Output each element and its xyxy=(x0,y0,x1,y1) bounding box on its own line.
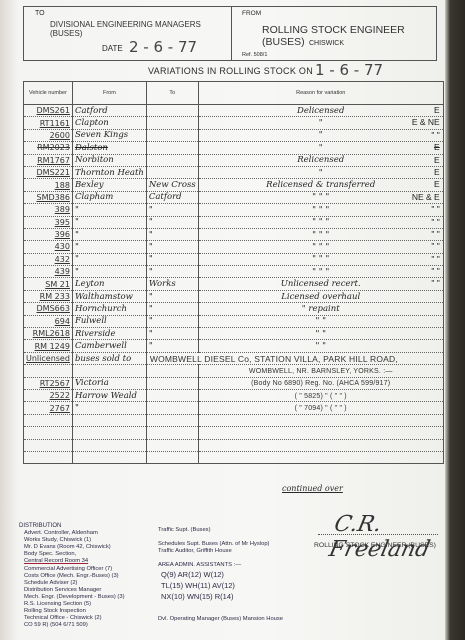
vehicle-number xyxy=(24,365,73,377)
reason-text: " xyxy=(201,168,441,178)
table-row: RML2618Riverside"" " xyxy=(24,328,444,340)
table-row xyxy=(24,439,444,451)
reason-cell: "" " xyxy=(198,129,443,141)
from-garage: Norbiton xyxy=(72,154,146,166)
distribution-item: Mr. D Evans (Room 42, Chiswick) xyxy=(19,544,125,551)
division-mark: " " xyxy=(431,278,439,288)
reason-cell: RelicensedE xyxy=(198,154,443,166)
reason-text: " " " xyxy=(201,254,441,264)
to-garage: " xyxy=(146,204,198,216)
to-garage xyxy=(146,439,198,451)
to-garage xyxy=(146,154,198,166)
from-garage: Victoria xyxy=(72,377,146,389)
reason-cell: " " xyxy=(198,340,443,352)
table-row: 430""" " "" " xyxy=(24,241,444,253)
reason-text: " " " xyxy=(201,217,441,227)
reason-cell: "E xyxy=(198,166,443,178)
division-mark: E xyxy=(434,155,440,165)
vehicle-number: 188 xyxy=(24,179,73,191)
table-row xyxy=(24,451,444,463)
page-title: VARIATIONS IN ROLLING STOCK ON xyxy=(148,66,313,76)
vehicle-number: 439 xyxy=(24,266,73,278)
vehicle-number: DMS221 xyxy=(24,166,73,178)
distribution-item: R.S. Licensing Section (5) xyxy=(19,601,125,608)
division-mark: " " xyxy=(431,217,439,227)
to-garage xyxy=(146,129,198,141)
division-mark: " " xyxy=(431,254,439,264)
to-garage: " xyxy=(146,340,198,352)
reason-cell: " " "NE & E xyxy=(198,191,443,203)
reason-cell xyxy=(198,414,443,426)
from-garage: Hornchurch xyxy=(72,303,146,315)
distribution-heading: DISTRIBUTION xyxy=(19,523,125,530)
reason-cell: (Body No 6890) Reg. No. (AHCA 599/917) xyxy=(198,377,443,389)
document-page: TO DIVISIONAL ENGINEERING MANAGERS (BUSE… xyxy=(0,0,445,640)
continued-note: continued over xyxy=(282,484,343,493)
table-row: 2600Seven Kings"" " xyxy=(24,129,444,141)
to-garage: " xyxy=(146,216,198,228)
distribution-item xyxy=(158,602,283,609)
vehicle-number: RM2023 xyxy=(24,142,73,154)
table-row: 2767"( " 7094) " ( " " ) xyxy=(24,402,444,414)
reason-text: Relicensed & transferred xyxy=(201,180,441,190)
table-row: 188BexleyNew CrossRelicensed & transferr… xyxy=(24,179,444,191)
distribution-item: Works Study, Chiswick (1) xyxy=(19,537,125,544)
distribution-item xyxy=(158,534,283,541)
table-header-row: Vehicle number From To Reason for variat… xyxy=(24,82,444,105)
distribution-item xyxy=(158,555,283,562)
table-row: 2522Harrow Weald( " 5825) " ( " " ) xyxy=(24,389,444,401)
reason-cell: " " "" " xyxy=(198,253,443,265)
reason-cell: " " xyxy=(198,328,443,340)
from-garage: " xyxy=(72,204,146,216)
from-garage xyxy=(72,439,146,451)
distribution-item: CO 59 R) (504 6/71 509) xyxy=(19,622,125,629)
distribution-item: Traffic Auditor, Griffith House xyxy=(158,548,283,555)
to-garage xyxy=(146,166,198,178)
to-garage: " xyxy=(146,253,198,265)
reason-cell: " repaint xyxy=(198,303,443,315)
distribution-item: Traffic Supt. (Buses) xyxy=(158,527,283,534)
from-garage: Camberwell xyxy=(72,340,146,352)
date-value: 2 - 6 - 77 xyxy=(129,38,197,56)
vehicle-number: 389 xyxy=(24,204,73,216)
division-mark: E xyxy=(434,142,440,152)
division-mark: " " xyxy=(431,204,439,214)
vehicle-number: RM 1249 xyxy=(24,340,73,352)
division-mark: " " xyxy=(431,130,439,140)
reason-cell xyxy=(198,451,443,463)
to-garage: Works xyxy=(146,278,198,290)
from-garage: buses sold to xyxy=(72,352,146,364)
vehicle-number: 2600 xyxy=(24,129,73,141)
title-date: 1 - 6 - 77 xyxy=(315,61,383,79)
to-garage: " xyxy=(146,241,198,253)
to-section: TO DIVISIONAL ENGINEERING MANAGERS (BUSE… xyxy=(24,7,232,60)
division-mark: E xyxy=(434,167,440,177)
reason-text: " " xyxy=(201,329,441,339)
table-row: DMS261CatfordDelicensedE xyxy=(24,105,444,117)
reason-text: " xyxy=(201,118,441,128)
from-garage: Thornton Heath xyxy=(72,166,146,178)
vehicle-number: RM 233 xyxy=(24,290,73,302)
reason-text: WOMBWELL, NR. BARNSLEY, YORKS. :— xyxy=(201,368,441,375)
reason-text: " " " xyxy=(201,205,441,215)
table-row: WOMBWELL, NR. BARNSLEY, YORKS. :— xyxy=(24,365,444,377)
distribution-item: Technical Office - Chiswick (2) xyxy=(19,615,125,622)
table-row: RT2567Victoria(Body No 6890) Reg. No. (A… xyxy=(24,377,444,389)
from-garage: Bexley xyxy=(72,179,146,191)
to-garage: " xyxy=(146,266,198,278)
vehicle-number xyxy=(24,439,73,451)
to-garage xyxy=(146,402,198,414)
distribution-item: NX(10) WN(15) R(14) xyxy=(158,591,283,602)
reason-cell: " " "" " xyxy=(198,204,443,216)
distribution-item: Rolling Stock Inspection xyxy=(19,608,125,615)
to-garage: " xyxy=(146,228,198,240)
from-garage xyxy=(72,427,146,439)
vehicle-number: Unlicensed xyxy=(24,352,73,364)
reason-text: " repaint xyxy=(201,304,441,314)
from-garage xyxy=(72,414,146,426)
reason-cell: " " "" " xyxy=(198,216,443,228)
vehicle-number: RT2567 xyxy=(24,377,73,389)
reason-cell: DelicensedE xyxy=(198,105,443,117)
from-garage: Harrow Weald xyxy=(72,389,146,401)
from-section: FROM ROLLING STOCK ENGINEER (BUSES) CHIS… xyxy=(232,7,436,60)
from-garage: Fulwell xyxy=(72,315,146,327)
division-mark: NE & E xyxy=(412,192,440,202)
from-garage: Clapham xyxy=(72,191,146,203)
distribution-item: Mech. Engr. (Development - Buses) (3) xyxy=(19,594,125,601)
from-value: ROLLING STOCK ENGINEER (BUSES) xyxy=(262,24,436,48)
distribution-item xyxy=(158,609,283,616)
table-row: SMD386ClaphamCatford" " "NE & E xyxy=(24,191,444,203)
from-garage: Leyton xyxy=(72,278,146,290)
reason-text: Unlicensed recert. xyxy=(201,279,441,289)
vehicle-number: 395 xyxy=(24,216,73,228)
distribution-item: TL(15) WH(11) AV(12) xyxy=(158,580,283,591)
distribution-item: Schedules Supt. Buses (Attn. of Mr Hyslo… xyxy=(158,541,283,548)
division-mark: " " xyxy=(431,229,439,239)
vehicle-number: 396 xyxy=(24,228,73,240)
to-garage xyxy=(146,389,198,401)
reason-text: Relicensed xyxy=(201,155,441,165)
reason-text: " " " xyxy=(201,230,441,240)
table-row: 396""" " "" " xyxy=(24,228,444,240)
reason-text: ( " 5825) " ( " " ) xyxy=(201,393,441,400)
to-garage: " xyxy=(146,303,198,315)
table-row xyxy=(24,427,444,439)
table-row: RM1767NorbitonRelicensedE xyxy=(24,154,444,166)
to-garage: " xyxy=(146,290,198,302)
reason-cell xyxy=(198,439,443,451)
header-reason: Reason for variation xyxy=(198,82,443,105)
from-garage: " xyxy=(72,228,146,240)
table-row xyxy=(24,414,444,426)
signature-line xyxy=(318,534,438,535)
from-location: CHISWICK xyxy=(309,40,344,47)
vehicle-number: RML2618 xyxy=(24,328,73,340)
reason-text: (Body No 6890) Reg. No. (AHCA 599/917) xyxy=(201,380,441,387)
division-mark: E & NE xyxy=(412,117,440,127)
table-row: 389""" " "" " xyxy=(24,204,444,216)
vehicle-number xyxy=(24,414,73,426)
distribution-item: Costs Office (Mech. Engr.-Buses) (3) xyxy=(19,573,125,580)
sold-to-address: WOMBWELL DIESEL Co, STATION VILLA, PARK … xyxy=(146,352,443,364)
header-from: From xyxy=(72,82,146,105)
to-garage: New Cross xyxy=(146,179,198,191)
table-row: Unlicensedbuses sold toWOMBWELL DIESEL C… xyxy=(24,352,444,364)
distribution-item: Distribution Services Manager xyxy=(19,587,125,594)
reason-cell: "E & NE xyxy=(198,117,443,129)
date-label: DATE xyxy=(102,44,123,53)
vehicle-number xyxy=(24,451,73,463)
division-mark: E xyxy=(434,105,440,115)
distribution-list: DISTRIBUTION Advert. Controller, Aldenha… xyxy=(19,523,125,629)
distribution-item: Advert. Controller, Aldenham xyxy=(19,530,125,537)
variations-table: Vehicle number From To Reason for variat… xyxy=(23,81,444,464)
signature: C.R. Freeland xyxy=(327,512,451,562)
vehicle-number: RT1161 xyxy=(24,117,73,129)
reason-cell: ( " 7094) " ( " " ) xyxy=(198,402,443,414)
from-garage: Riverside xyxy=(72,328,146,340)
vehicle-number: SM 21 xyxy=(24,278,73,290)
to-garage xyxy=(146,451,198,463)
to-garage xyxy=(146,117,198,129)
reason-cell: "E xyxy=(198,142,443,154)
reason-cell: " " xyxy=(198,315,443,327)
reason-cell: " " "" " xyxy=(198,266,443,278)
from-garage: Clapton xyxy=(72,117,146,129)
reason-cell: Unlicensed recert." " xyxy=(198,278,443,290)
reason-text: " xyxy=(201,130,441,140)
table-row: RT1161Clapton"E & NE xyxy=(24,117,444,129)
table-row: DMS663Hornchurch"" repaint xyxy=(24,303,444,315)
reason-text: " xyxy=(201,143,441,153)
reason-cell: " " "" " xyxy=(198,241,443,253)
from-garage: " xyxy=(72,253,146,265)
to-garage xyxy=(146,414,198,426)
to-garage: " xyxy=(146,328,198,340)
division-mark: " " xyxy=(431,241,439,251)
table-row: DMS221Thornton Heath"E xyxy=(24,166,444,178)
from-garage: " xyxy=(72,266,146,278)
to-value: DIVISIONAL ENGINEERING MANAGERS (BUSES) xyxy=(50,20,231,38)
reason-text: " " xyxy=(201,316,441,326)
reason-text: " " " xyxy=(201,192,441,202)
vehicle-number: 694 xyxy=(24,315,73,327)
header-to: To xyxy=(146,82,198,105)
reason-text: " " " xyxy=(201,267,441,277)
from-garage: Dalston xyxy=(72,142,146,154)
distribution-item: Central Record Room 34 xyxy=(19,558,125,565)
to-garage xyxy=(146,105,198,117)
to-garage: " xyxy=(146,315,198,327)
from-garage: " xyxy=(72,216,146,228)
to-garage xyxy=(146,427,198,439)
to-garage xyxy=(146,377,198,389)
vehicle-number: 430 xyxy=(24,241,73,253)
reason-cell xyxy=(198,427,443,439)
reason-cell: " " "" " xyxy=(198,228,443,240)
reason-text: Licensed overhaul xyxy=(201,292,441,302)
memo-header: TO DIVISIONAL ENGINEERING MANAGERS (BUSE… xyxy=(23,6,437,61)
to-garage xyxy=(146,142,198,154)
vehicle-number: 2767 xyxy=(24,402,73,414)
table-row: RM 233Walthamstow"Licensed overhaul xyxy=(24,290,444,302)
reference: Ref. 508/1 xyxy=(242,52,267,58)
from-garage: " xyxy=(72,402,146,414)
traffic-distribution: Traffic Supt. (Buses)Schedules Supt. Bus… xyxy=(158,527,283,623)
division-mark: " " xyxy=(431,266,439,276)
from-label: FROM xyxy=(242,10,261,17)
reason-text: " " xyxy=(201,341,441,351)
vehicle-number: 432 xyxy=(24,253,73,265)
table-row: 694Fulwell"" " xyxy=(24,315,444,327)
vehicle-number xyxy=(24,427,73,439)
vehicle-number: DMS261 xyxy=(24,105,73,117)
distribution-item: Commercial Advertising Officer (7) xyxy=(19,566,125,573)
vehicle-number: RM1767 xyxy=(24,154,73,166)
reason-cell: Licensed overhaul xyxy=(198,290,443,302)
division-mark: E xyxy=(434,179,440,189)
scan-edge xyxy=(445,0,465,640)
reason-text: " " " xyxy=(201,242,441,252)
table-row: 432""" " "" " xyxy=(24,253,444,265)
distribution-item: Dvl. Operating Manager (Buses) Mansion H… xyxy=(158,616,283,623)
vehicle-number: DMS663 xyxy=(24,303,73,315)
from-garage xyxy=(72,365,146,377)
from-garage: Walthamstow xyxy=(72,290,146,302)
to-label: TO xyxy=(35,10,45,17)
from-garage xyxy=(72,451,146,463)
to-garage xyxy=(146,365,198,377)
table-row: 395""" " "" " xyxy=(24,216,444,228)
vehicle-number: SMD386 xyxy=(24,191,73,203)
distribution-item: Q(9) AR(12) W(12) xyxy=(158,569,283,580)
table-row: RM2023Dalston"E xyxy=(24,142,444,154)
signature-label: ROLLING STOCK ENGINEER (BUSES) xyxy=(314,542,436,549)
from-garage: Catford xyxy=(72,105,146,117)
distribution-item: Body Spec. Section, xyxy=(19,551,125,558)
table-row: 439""" " "" " xyxy=(24,266,444,278)
from-garage: " xyxy=(72,241,146,253)
reason-cell: Relicensed & transferredE xyxy=(198,179,443,191)
table-row: SM 21LeytonWorksUnlicensed recert." " xyxy=(24,278,444,290)
header-vehicle: Vehicle number xyxy=(24,82,73,105)
distribution-item: Schedule Adviser (2) xyxy=(19,580,125,587)
reason-text: Delicensed xyxy=(201,106,441,116)
distribution-item: AREA ADMIN. ASSISTANTS :— xyxy=(158,562,283,569)
reason-cell: ( " 5825) " ( " " ) xyxy=(198,389,443,401)
reason-cell: WOMBWELL, NR. BARNSLEY, YORKS. :— xyxy=(198,365,443,377)
reason-text: ( " 7094) " ( " " ) xyxy=(201,405,441,412)
vehicle-number: 2522 xyxy=(24,389,73,401)
from-garage: Seven Kings xyxy=(72,129,146,141)
to-garage: Catford xyxy=(146,191,198,203)
table-row: RM 1249Camberwell"" " xyxy=(24,340,444,352)
